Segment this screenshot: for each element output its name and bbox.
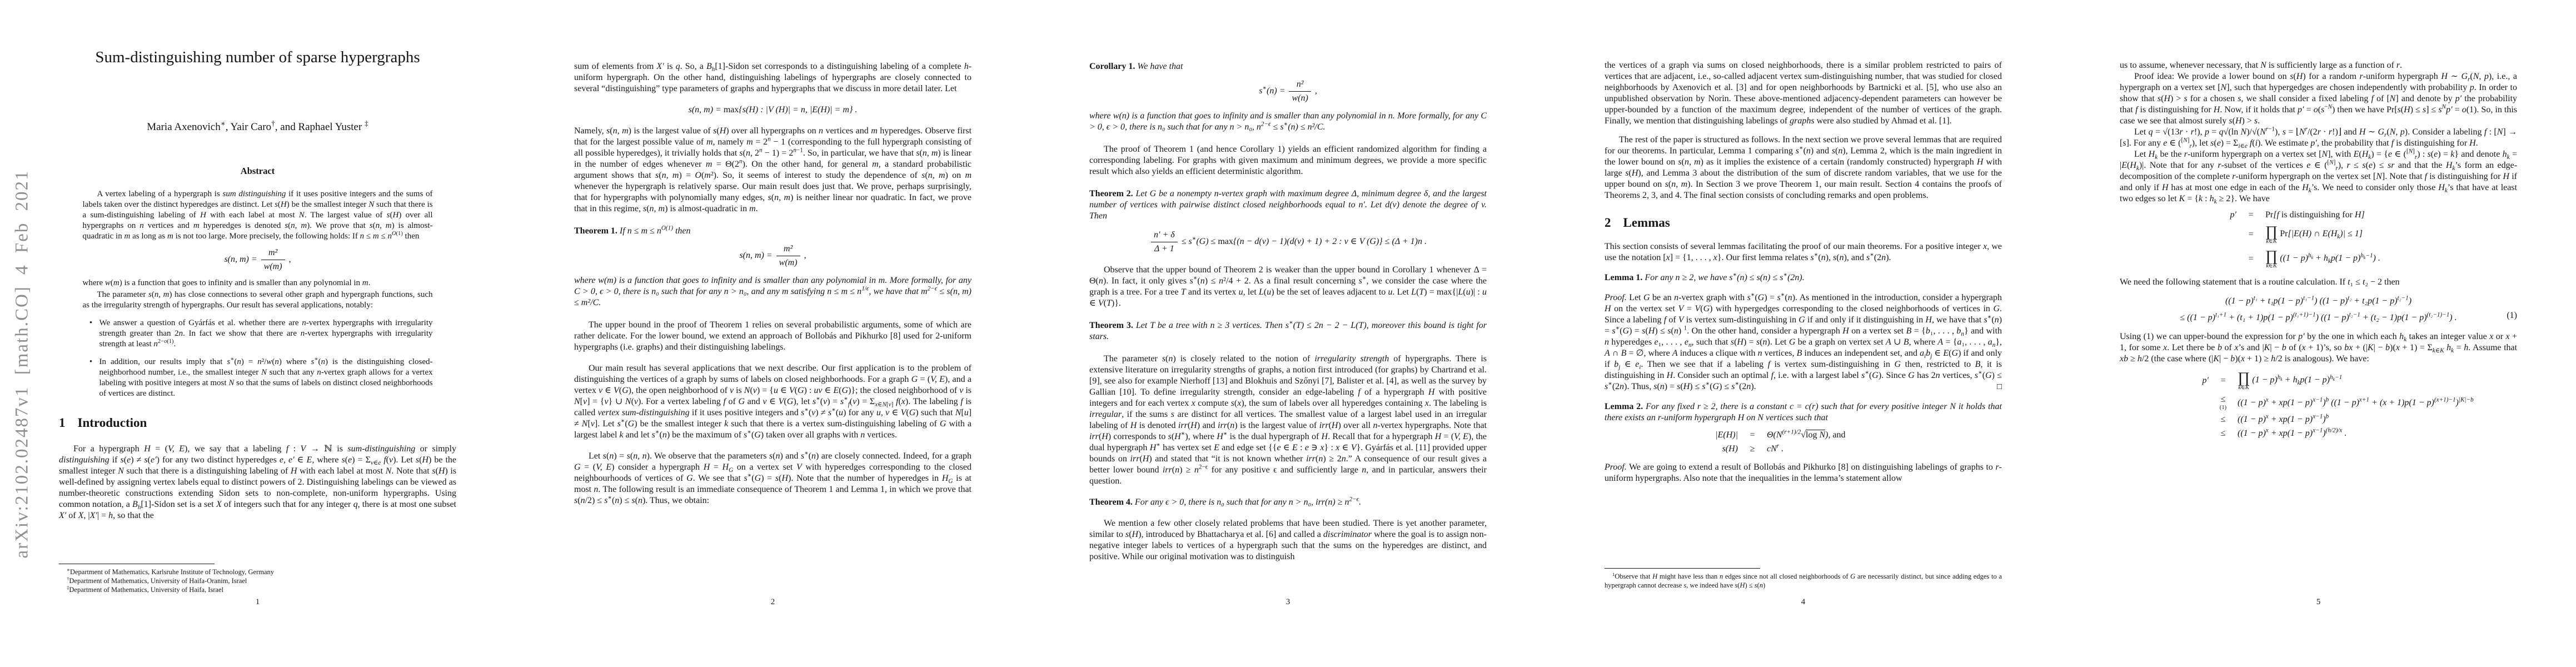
footnote: ∗Department of Mathematics, Karlsruhe In… — [59, 568, 456, 576]
product-index: k∈K — [2266, 263, 2276, 269]
page-3-content: Corollary 1. We have that s∗(n) = n²w(n)… — [1089, 0, 1487, 563]
body-paragraph: Let q = √(13r · r!), p = q√(ln N)/√(Nr−1… — [2120, 127, 2517, 149]
theorem-text: We have that — [1137, 62, 1183, 71]
relation-annotation: (1) — [2220, 405, 2226, 411]
section-heading-lemmas: 2Lemmas — [1605, 216, 2002, 230]
abstract-paragraph: The parameter s(n, m) has close connecti… — [83, 290, 433, 311]
formula-rhs: ∏k∈K(1 − p)hk + hkp(1 − p)hk−1 — [2238, 370, 2342, 391]
theorem-label: Lemma 2. — [1605, 402, 1643, 411]
formula-rhs: Θ(N(r+1)/2√log N), and — [1767, 430, 1846, 440]
body-paragraph: Namely, s(n, m) is the largest value of … — [574, 126, 971, 215]
lemma-1: Lemma 1. For any n ≥ 2, we have s∗(n) ≤ … — [1605, 272, 2002, 283]
fraction: m²w(m) — [776, 243, 800, 268]
proof-text: Proof. Let G be an n-vertex graph with s… — [1605, 293, 2002, 391]
body-paragraph: We need the following statement that is … — [2120, 277, 2517, 288]
fraction-numerator: m² — [776, 243, 800, 256]
formula-lhs: s(n, m) = — [739, 251, 774, 260]
display-formula: |E(H)| = Θ(N(r+1)/2√log N), and s(H) ≥ c… — [1699, 430, 2002, 454]
display-formula: n′ + δΔ + 1 ≤ s∗(G) ≤ max{(n − d(v) − 1)… — [1089, 230, 1487, 255]
body-paragraph: This section consists of several lemmas … — [1605, 241, 2002, 263]
equals-sign: = — [2236, 230, 2265, 240]
bullet-text: We answer a question of Gyárfás et al. w… — [99, 318, 433, 350]
fraction: n²w(n) — [1289, 79, 1311, 104]
bullet-icon: • — [83, 318, 99, 350]
display-formula: p′ = Pr[f is distinguishing for H] = ∏k∈… — [2198, 210, 2517, 269]
fraction: m²w(m) — [261, 247, 285, 272]
page-5-content: us to assume, whenever necessary, that N… — [2120, 0, 2517, 439]
product-icon: ∏ — [2265, 248, 2278, 263]
body-paragraph: The proof of Theorem 1 (and hence Coroll… — [1089, 144, 1487, 177]
footnote-rule — [1605, 568, 1760, 569]
display-formula: s(n, m) = m²w(m) , — [574, 243, 971, 268]
equals-sign: = — [2236, 210, 2265, 220]
theorem-text: For any ϵ > 0, there is n₀ such that for… — [1135, 497, 1361, 507]
fraction: n′ + δΔ + 1 — [1151, 230, 1178, 255]
product-operator: ∏k∈K — [2238, 370, 2250, 391]
theorem-label: Corollary 1. — [1089, 62, 1135, 71]
fraction-numerator: m² — [261, 247, 285, 260]
page-number: 5 — [2120, 598, 2517, 607]
theorem-label: Theorem 1. — [574, 226, 617, 236]
formula-body: ≤ s∗(G) ≤ max{(n − d(v) − 1)(d(v) + 1) +… — [1179, 237, 1427, 246]
paper-title: Sum-distinguishing number of sparse hype… — [59, 0, 456, 67]
product-operator: ∏k∈K — [2265, 224, 2278, 245]
page-5: us to assume, whenever necessary, that N… — [2061, 0, 2576, 667]
display-formula: s(n, m) = m²w(m) , — [83, 247, 433, 272]
body-paragraph: The upper bound in the proof of Theorem … — [574, 320, 971, 353]
corollary-continuation: where w(n) is a function that goes to in… — [1089, 111, 1487, 133]
formula-term: (1 − p)hk + hkp(1 − p)hk−1 — [2252, 375, 2342, 385]
display-formula: s∗(n) = n²w(n) , — [1089, 79, 1487, 104]
display-formula: p′ = ∏k∈K(1 − p)hk + hkp(1 − p)hk−1 ≤(1)… — [2170, 370, 2517, 439]
fraction-denominator: w(n) — [1289, 91, 1311, 104]
leq-sign: ≤ — [2209, 415, 2238, 425]
equation-line: ≤ ((1 − p)t₁+1 + (t₁ + 1)p(1 − p)(t₁+1)−… — [2120, 312, 2517, 323]
formula-rhs: cNr . — [1767, 444, 1783, 454]
formula-row: |E(H)| = Θ(N(r+1)/2√log N), and — [1699, 430, 2002, 440]
formula-row: p′ = ∏k∈K(1 − p)hk + hkp(1 − p)hk−1 — [2170, 370, 2517, 391]
theorem-1: Theorem 1. If n ≤ m ≤ nO(1) then — [574, 226, 971, 237]
formula-post: , — [802, 251, 806, 260]
fraction-denominator: Δ + 1 — [1151, 242, 1178, 255]
qed-box: □ — [1997, 381, 2002, 392]
body-paragraph: Let s(n) = s(n, n). We observe that the … — [574, 451, 971, 506]
footnote-rule — [59, 564, 215, 564]
formula-lhs: p′ — [2170, 376, 2209, 386]
formula-row: ≤(1) ((1 − p)x + xp(1 − p)x−1)b ((1 − p)… — [2170, 395, 2517, 411]
page-2: sum of elements from X′ is q. So, a Bh[1… — [515, 0, 1030, 667]
body-paragraph: the vertices of a graph via sums on clos… — [1605, 0, 2002, 127]
bullet-icon: • — [83, 357, 99, 399]
body-paragraph: Observe that the upper bound of Theorem … — [1089, 265, 1487, 309]
page-number: 2 — [574, 598, 971, 607]
section-label: Lemmas — [1623, 216, 1670, 230]
formula-lhs: s∗(n) = — [1259, 86, 1287, 96]
abstract-heading: Abstract — [59, 166, 456, 177]
equation-tag: (1) — [2507, 310, 2517, 321]
theorem-label: Lemma 1. — [1605, 273, 1642, 282]
body-paragraph: The rest of the paper is structured as f… — [1605, 135, 2002, 201]
formula-post: , — [1313, 86, 1317, 96]
annotated-relation: ≤(1) — [2220, 395, 2226, 411]
page-number: 4 — [1605, 598, 2002, 607]
formula-lhs: p′ — [2198, 210, 2236, 220]
formula-term: ((1 − p)hk + hkp(1 − p)hk−1) . — [2280, 253, 2380, 263]
footnote: ‡Department of Mathematics, University o… — [59, 585, 456, 594]
theorem-2: Theorem 2. Let G be a nonempty n-vertex … — [1089, 188, 1487, 222]
formula-row: ≤ ((1 − p)x + xp(1 − p)x−1)(h/2)/x . — [2170, 429, 2517, 439]
equals-sign: = — [2209, 376, 2238, 386]
formula-post: , — [287, 255, 291, 264]
fraction-denominator: w(m) — [776, 256, 800, 268]
theorem-text: For any fixed r ≥ 2, there is a constant… — [1605, 402, 2002, 422]
equals-sign: = — [2236, 254, 2265, 264]
abstract-paragraph: where w(m) is a function that goes to in… — [83, 278, 433, 288]
abstract-paragraph: A vertex labeling of a hypergraph is sum… — [83, 189, 433, 242]
formula-rhs: ((1 − p)x + xp(1 − p)x−1)b ((1 − p)x+1 +… — [2238, 398, 2474, 408]
formula-lhs: s(n, m) = — [224, 255, 259, 264]
section-number: 2 — [1605, 216, 1611, 230]
section-heading-introduction: 1Introduction — [59, 416, 456, 430]
equation-1: ((1 − p)t₁ + t₁p(1 − p)t₁−1) ((1 − p)t₂ … — [2120, 296, 2517, 323]
equals-sign: = — [1738, 430, 1767, 440]
body-paragraph: Let Hk be the r-uniform hypergraph on a … — [2120, 149, 2517, 205]
theorem-3: Theorem 3. Let T be a tree with n ≥ 3 ve… — [1089, 320, 1487, 342]
leq-sign: ≤ — [2209, 429, 2238, 439]
footnote: †Department of Mathematics, University o… — [59, 576, 456, 585]
body-paragraph: sum of elements from X′ is q. So, a Bh[1… — [574, 0, 971, 94]
theorem-text: For any n ≥ 2, we have s∗(n) ≤ s(n) ≤ s∗… — [1645, 273, 1804, 282]
arxiv-banner: arXiv:2102.02487v1 [math.CO] 4 Feb 2021 — [12, 170, 33, 558]
bullet-text: In addition, our results imply that s∗(n… — [99, 357, 433, 399]
theorem-text: If n ≤ m ≤ nO(1) then — [620, 226, 691, 236]
page-number: 3 — [1089, 598, 1487, 607]
footnote: 1Observe that H might have less than n e… — [1605, 572, 2002, 590]
leq-sign: ≤(1) — [2209, 395, 2238, 411]
formula-row: = ∏k∈K((1 − p)hk + hkp(1 − p)hk−1) . — [2198, 248, 2517, 269]
document-canvas: arXiv:2102.02487v1 [math.CO] 4 Feb 2021 … — [0, 0, 2576, 667]
footnote-block: 1Observe that H might have less than n e… — [1605, 568, 2002, 590]
page-number: 1 — [59, 598, 456, 607]
page-3: Corollary 1. We have that s∗(n) = n²w(n)… — [1030, 0, 1546, 667]
bullet-item: • We answer a question of Gyárfás et al.… — [83, 318, 433, 350]
product-index: k∈K — [2266, 238, 2276, 245]
equation-line: ((1 − p)t₁ + t₁p(1 − p)t₁−1) ((1 − p)t₂ … — [2120, 296, 2517, 307]
product-index: k∈K — [2238, 385, 2249, 391]
page-1: arXiv:2102.02487v1 [math.CO] 4 Feb 2021 … — [0, 0, 515, 667]
footnote-block: ∗Department of Mathematics, Karlsruhe In… — [59, 564, 456, 594]
bullet-item: • In addition, our results imply that s∗… — [83, 357, 433, 399]
page-4-content: the vertices of a graph via sums on clos… — [1605, 0, 2002, 484]
corollary-1: Corollary 1. We have that — [1089, 0, 1487, 72]
page-4: the vertices of a graph via sums on clos… — [1546, 0, 2061, 667]
formula-row: s(H) ≥ cNr . — [1699, 444, 2002, 454]
proof-paragraph: Proof. We are going to extend a result o… — [1605, 462, 2002, 484]
section-number: 1 — [59, 416, 66, 430]
theorem-label: Theorem 4. — [1089, 497, 1133, 507]
formula-rhs: ((1 − p)x + xp(1 − p)x−1)b — [2238, 415, 2329, 425]
theorem-text: Let G be a nonempty n-vertex graph with … — [1089, 189, 1487, 221]
theorem-label: Theorem 2. — [1089, 189, 1133, 198]
theorem-label: Theorem 3. — [1089, 321, 1133, 330]
formula-rhs: ((1 − p)x + xp(1 − p)x−1)(h/2)/x . — [2238, 429, 2346, 439]
formula-rhs: Pr[f is distinguishing for H] — [2265, 210, 2365, 220]
theorem-continuation: where w(m) is a function that goes to in… — [574, 275, 971, 308]
body-paragraph: We mention a few other closely related p… — [1089, 518, 1487, 563]
formula-row: = ∏k∈KPr[|E(H) ∩ E(Hk)| ≤ 1] — [2198, 224, 2517, 245]
geq-sign: ≥ — [1738, 444, 1767, 454]
display-formula: s(n, m) = max{s(H) : |V (H)| = n, |E(H)|… — [574, 104, 971, 116]
body-paragraph: The parameter s(n) is closely related to… — [1089, 354, 1487, 487]
body-paragraph: Proof idea: We provide a lower bound on … — [2120, 71, 2517, 127]
body-paragraph: Using (1) we can upper-bound the express… — [2120, 331, 2517, 365]
fraction-numerator: n² — [1289, 79, 1311, 91]
authors-line: Maria Axenovich∗, Yair Caro†, and Raphae… — [59, 121, 456, 133]
formula-rhs: ∏k∈KPr[|E(H) ∩ E(Hk)| ≤ 1] — [2265, 224, 2363, 245]
lemma-2: Lemma 2. For any fixed r ≥ 2, there is a… — [1605, 401, 2002, 424]
product-icon: ∏ — [2238, 370, 2250, 385]
formula-lhs: |E(H)| — [1699, 430, 1738, 440]
product-icon: ∏ — [2265, 224, 2278, 238]
page-1-content: Sum-distinguishing number of sparse hype… — [59, 0, 456, 521]
section-label: Introduction — [78, 416, 147, 430]
theorem-4: Theorem 4. For any ϵ > 0, there is n₀ su… — [1089, 497, 1487, 508]
formula-rhs: ∏k∈K((1 − p)hk + hkp(1 − p)hk−1) . — [2265, 248, 2380, 269]
formula-term: Pr[|E(H) ∩ E(Hk)| ≤ 1] — [2280, 229, 2363, 238]
theorem-text: Let T be a tree with n ≥ 3 vertices. The… — [1089, 321, 1487, 341]
formula-row: ≤ ((1 − p)x + xp(1 − p)x−1)b — [2170, 415, 2517, 425]
product-operator: ∏k∈K — [2265, 248, 2278, 269]
body-paragraph: Our main result has several applications… — [574, 363, 971, 441]
formula-lhs: s(H) — [1699, 444, 1738, 454]
formula-row: p′ = Pr[f is distinguishing for H] — [2198, 210, 2517, 220]
proof-paragraph: Proof. Let G be an n-vertex graph with s… — [1605, 292, 2002, 392]
body-paragraph: For a hypergraph H = (V, E), we say that… — [59, 444, 456, 521]
relation-symbol: ≤ — [2221, 395, 2226, 405]
body-paragraph: us to assume, whenever necessary, that N… — [2120, 0, 2517, 71]
page-2-content: sum of elements from X′ is q. So, a Bh[1… — [574, 0, 971, 506]
fraction-denominator: w(m) — [261, 260, 285, 272]
abstract: A vertex labeling of a hypergraph is sum… — [83, 189, 433, 399]
fraction-numerator: n′ + δ — [1151, 230, 1178, 242]
